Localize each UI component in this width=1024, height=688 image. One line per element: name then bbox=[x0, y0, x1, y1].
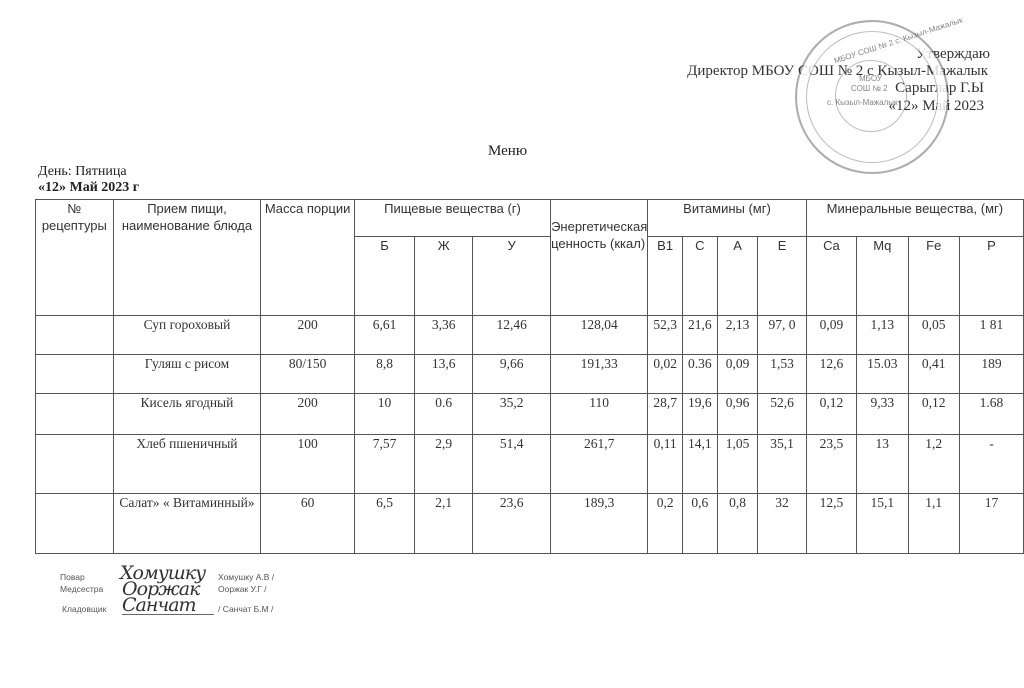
signature-role: Кладовщик bbox=[62, 604, 106, 614]
cell-carbs: 35,2 bbox=[473, 394, 551, 435]
cell-magnesium: 1,13 bbox=[857, 316, 908, 355]
header-e: E bbox=[758, 237, 806, 316]
cell-vitamin-e: 52,6 bbox=[758, 394, 806, 435]
cell-recipe-no bbox=[36, 316, 114, 355]
header-a: A bbox=[717, 237, 758, 316]
cell-calcium: 0,12 bbox=[806, 394, 856, 435]
cell-vitamin-c: 0.36 bbox=[683, 355, 718, 394]
cell-vitamin-c: 14,1 bbox=[683, 435, 718, 494]
cell-portion: 200 bbox=[261, 316, 355, 355]
header-c: C bbox=[683, 237, 718, 316]
cell-iron: 0,05 bbox=[908, 316, 959, 355]
cell-vitamin-c: 0,6 bbox=[683, 494, 718, 554]
cell-portion: 200 bbox=[261, 394, 355, 435]
table-row: Суп гороховый2006,613,3612,46128,0452,32… bbox=[36, 316, 1024, 355]
cell-vitamin-a: 0,96 bbox=[717, 394, 758, 435]
cell-vitamin-b1: 52,3 bbox=[648, 316, 683, 355]
signature-role: Повар bbox=[60, 572, 85, 582]
signature-name: Хомушку А.В / bbox=[218, 572, 274, 582]
table-row: Хлеб пшеничный1007,572,951,4261,70,1114,… bbox=[36, 435, 1024, 494]
cell-iron: 0,12 bbox=[908, 394, 959, 435]
cell-dish-name: Суп гороховый bbox=[113, 316, 261, 355]
cell-energy: 261,7 bbox=[551, 435, 648, 494]
day-label: День: Пятница bbox=[38, 164, 127, 180]
signature-line bbox=[122, 614, 214, 615]
cell-carbs: 9,66 bbox=[473, 355, 551, 394]
stamp-inner-ring bbox=[835, 60, 907, 132]
stamp-inner-bot: с. Кызыл-Мажалык bbox=[827, 98, 898, 107]
cell-magnesium: 15.03 bbox=[857, 355, 908, 394]
cell-protein: 7,57 bbox=[354, 435, 414, 494]
cell-energy: 128,04 bbox=[551, 316, 648, 355]
header-fat: Ж bbox=[415, 237, 473, 316]
header-nutrients: Пищевые вещества (г) bbox=[354, 200, 550, 237]
cell-vitamin-e: 32 bbox=[758, 494, 806, 554]
cell-carbs: 23,6 bbox=[473, 494, 551, 554]
cell-iron: 0,41 bbox=[908, 355, 959, 394]
cell-dish-name: Хлеб пшеничный bbox=[113, 435, 261, 494]
header-meal-name: Прием пищи, наименование блюда bbox=[113, 200, 261, 316]
cell-fat: 0.6 bbox=[415, 394, 473, 435]
menu-rows: Суп гороховый2006,613,3612,46128,0452,32… bbox=[36, 316, 1024, 554]
cell-vitamin-c: 19,6 bbox=[683, 394, 718, 435]
cell-carbs: 51,4 bbox=[473, 435, 551, 494]
header-fe: Fe bbox=[908, 237, 959, 316]
cell-vitamin-c: 21,6 bbox=[683, 316, 718, 355]
cell-vitamin-b1: 0,11 bbox=[648, 435, 683, 494]
stamp-inner-top: МБОУ bbox=[859, 74, 882, 83]
cell-magnesium: 9,33 bbox=[857, 394, 908, 435]
official-stamp: МБОУ СОШ № 2 с. Кызыл-Мажалык МБОУ СОШ №… bbox=[795, 20, 949, 174]
cell-vitamin-a: 0,8 bbox=[717, 494, 758, 554]
cell-magnesium: 13 bbox=[857, 435, 908, 494]
header-mq: Mq bbox=[857, 237, 908, 316]
cell-recipe-no bbox=[36, 435, 114, 494]
cell-fat: 3,36 bbox=[415, 316, 473, 355]
cell-vitamin-a: 2,13 bbox=[717, 316, 758, 355]
cell-protein: 6,5 bbox=[354, 494, 414, 554]
cell-vitamin-a: 0,09 bbox=[717, 355, 758, 394]
cell-iron: 1,1 bbox=[908, 494, 959, 554]
cell-protein: 8,8 bbox=[354, 355, 414, 394]
cell-recipe-no bbox=[36, 355, 114, 394]
cell-phosphorus: 189 bbox=[959, 355, 1023, 394]
cell-portion: 80/150 bbox=[261, 355, 355, 394]
signature-name: / Санчат Б.М / bbox=[218, 604, 273, 614]
cell-magnesium: 15,1 bbox=[857, 494, 908, 554]
header-carbs: У bbox=[473, 237, 551, 316]
cell-carbs: 12,46 bbox=[473, 316, 551, 355]
cell-phosphorus: - bbox=[959, 435, 1023, 494]
date-label: «12» Май 2023 г bbox=[38, 180, 139, 196]
signature-mark: Санчат bbox=[122, 594, 196, 616]
header-b1: B1 bbox=[648, 237, 683, 316]
cell-calcium: 12,6 bbox=[806, 355, 856, 394]
header-vitamins: Витамины (мг) bbox=[648, 200, 806, 237]
table-row: Кисель ягодный200100.635,211028,719,60,9… bbox=[36, 394, 1024, 435]
cell-vitamin-a: 1,05 bbox=[717, 435, 758, 494]
cell-portion: 60 bbox=[261, 494, 355, 554]
cell-vitamin-b1: 0,2 bbox=[648, 494, 683, 554]
stamp-inner-mid: СОШ № 2 bbox=[851, 84, 888, 93]
cell-recipe-no bbox=[36, 494, 114, 554]
table-row: Салат» « Витаминный»606,52,123,6189,30,2… bbox=[36, 494, 1024, 554]
cell-calcium: 12,5 bbox=[806, 494, 856, 554]
cell-energy: 189,3 bbox=[551, 494, 648, 554]
cell-phosphorus: 17 bbox=[959, 494, 1023, 554]
cell-phosphorus: 1 81 bbox=[959, 316, 1023, 355]
cell-phosphorus: 1.68 bbox=[959, 394, 1023, 435]
cell-calcium: 23,5 bbox=[806, 435, 856, 494]
document-title: Меню bbox=[488, 143, 527, 160]
cell-fat: 13,6 bbox=[415, 355, 473, 394]
cell-recipe-no bbox=[36, 394, 114, 435]
table-row: Гуляш с рисом80/1508,813,69,66191,330,02… bbox=[36, 355, 1024, 394]
cell-protein: 10 bbox=[354, 394, 414, 435]
header-energy: Энергетическая ценность (ккал) bbox=[551, 200, 648, 316]
header-portion: Масса порции bbox=[261, 200, 355, 316]
header-ca: Ca bbox=[806, 237, 856, 316]
cell-vitamin-e: 1,53 bbox=[758, 355, 806, 394]
signature-role: Медсестра bbox=[60, 584, 103, 594]
cell-fat: 2,1 bbox=[415, 494, 473, 554]
menu-table: № рецептуры Прием пищи, наименование блю… bbox=[35, 199, 1024, 554]
header-minerals: Минеральные вещества, (мг) bbox=[806, 200, 1023, 237]
signature-name: Ооржак У.Г / bbox=[218, 584, 267, 594]
cell-energy: 110 bbox=[551, 394, 648, 435]
cell-dish-name: Гуляш с рисом bbox=[113, 355, 261, 394]
cell-dish-name: Кисель ягодный bbox=[113, 394, 261, 435]
cell-energy: 191,33 bbox=[551, 355, 648, 394]
cell-iron: 1,2 bbox=[908, 435, 959, 494]
cell-vitamin-e: 35,1 bbox=[758, 435, 806, 494]
cell-vitamin-e: 97, 0 bbox=[758, 316, 806, 355]
header-recipe-no: № рецептуры bbox=[36, 200, 114, 316]
cell-vitamin-b1: 0,02 bbox=[648, 355, 683, 394]
cell-protein: 6,61 bbox=[354, 316, 414, 355]
header-protein: Б bbox=[354, 237, 414, 316]
cell-fat: 2,9 bbox=[415, 435, 473, 494]
cell-vitamin-b1: 28,7 bbox=[648, 394, 683, 435]
cell-calcium: 0,09 bbox=[806, 316, 856, 355]
header-p: P bbox=[959, 237, 1023, 316]
cell-dish-name: Салат» « Витаминный» bbox=[113, 494, 261, 554]
cell-portion: 100 bbox=[261, 435, 355, 494]
